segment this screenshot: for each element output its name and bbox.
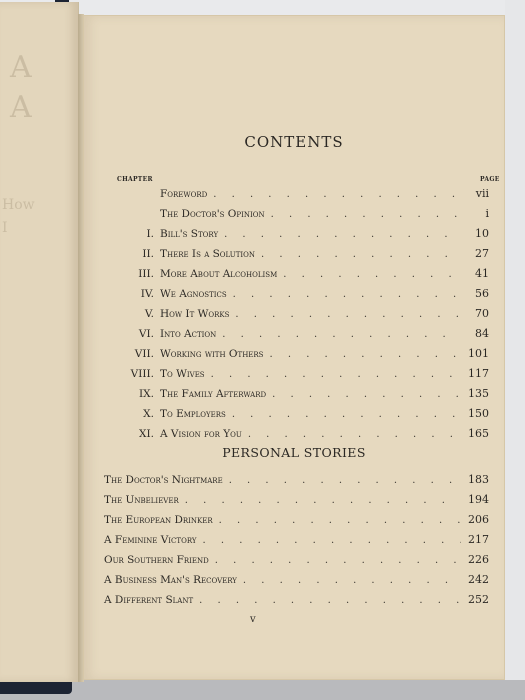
chapter-number: XI.: [84, 428, 154, 440]
page-folio: v: [250, 614, 256, 625]
page-column-label: PAGE: [480, 176, 500, 183]
chapter-title: To Employers: [160, 408, 226, 420]
story-title: Our Southern Friend: [104, 554, 209, 566]
toc-entry-chapter-3: III. More About Alcoholism 41: [84, 267, 489, 283]
chapter-title: More About Alcoholism: [160, 268, 277, 280]
page-number: i: [467, 207, 489, 220]
page-number: 150: [467, 407, 489, 420]
toc-entry-chapter-10: X. To Employers 150: [84, 407, 489, 423]
chapter-number: IV.: [84, 288, 154, 300]
leader-dots: [269, 349, 461, 360]
page-number: 101: [467, 347, 489, 360]
personal-stories-title: PERSONAL STORIES: [84, 445, 504, 460]
leader-dots: [211, 369, 461, 380]
leader-dots: [283, 269, 461, 280]
page-number: 217: [467, 533, 489, 546]
leader-dots: [261, 249, 461, 260]
leader-dots: [222, 329, 461, 340]
page-number: 41: [467, 267, 489, 280]
leader-dots: [229, 475, 461, 486]
leader-dots: [272, 389, 461, 400]
story-title: A Different Slant: [104, 594, 193, 606]
toc-entry-doctors-opinion: The Doctor's Opinion i: [84, 207, 489, 223]
toc-entry-chapter-7: VII. Working with Others 101: [84, 347, 489, 363]
leader-dots: [185, 495, 461, 506]
background-surface: [0, 680, 525, 700]
contents-page: CONTENTS CHAPTER PAGE Foreword vii The D…: [83, 15, 505, 680]
page-number: 117: [467, 367, 489, 380]
story-entry: Our Southern Friend 226: [104, 553, 489, 569]
page-number: 135: [467, 387, 489, 400]
story-entry: The Unbeliever 194: [104, 493, 489, 509]
page-number: 226: [467, 553, 489, 566]
page-number: 70: [467, 307, 489, 320]
page-number: 183: [467, 473, 489, 486]
story-title: A Feminine Victory: [104, 534, 197, 546]
page-number: 27: [467, 247, 489, 260]
chapter-number: II.: [84, 248, 154, 260]
chapter-number: V.: [84, 308, 154, 320]
page-number: 165: [467, 427, 489, 440]
story-entry: A Different Slant 252: [104, 593, 489, 609]
chapter-title: Into Action: [160, 328, 216, 340]
page-number: 84: [467, 327, 489, 340]
leader-dots: [224, 229, 461, 240]
chapter-title: To Wives: [160, 368, 205, 380]
chapter-number: X.: [84, 408, 154, 420]
leader-dots: [219, 515, 461, 526]
chapter-title: Foreword: [160, 188, 207, 200]
chapter-number: VII.: [84, 348, 154, 360]
page-number: 206: [467, 513, 489, 526]
chapter-title: There Is a Solution: [160, 248, 255, 260]
chapter-title: Bill's Story: [160, 228, 218, 240]
bleed-through-text: How: [2, 197, 35, 213]
leader-dots: [235, 309, 461, 320]
page-number: 252: [467, 593, 489, 606]
bleed-through-text: A: [10, 90, 32, 125]
story-entry: A Business Man's Recovery 242: [104, 573, 489, 589]
leader-dots: [232, 409, 461, 420]
chapter-number: I.: [84, 228, 154, 240]
chapter-title: How It Works: [160, 308, 229, 320]
chapter-title: Working with Others: [160, 348, 263, 360]
chapter-title: The Doctor's Opinion: [160, 208, 265, 220]
leader-dots: [243, 575, 461, 586]
toc-entry-chapter-6: VI. Into Action 84: [84, 327, 489, 343]
story-title: A Business Man's Recovery: [104, 574, 237, 586]
toc-entry-chapter-2: II. There Is a Solution 27: [84, 247, 489, 263]
story-title: The Unbeliever: [104, 494, 179, 506]
toc-entry-chapter-11: XI. A Vision for You 165: [84, 427, 489, 443]
story-entry: The Doctor's Nightmare 183: [104, 473, 489, 489]
leader-dots: [271, 209, 461, 220]
story-title: The European Drinker: [104, 514, 213, 526]
chapter-number: VI.: [84, 328, 154, 340]
left-page: A A How I: [0, 2, 79, 682]
page-number: 242: [467, 573, 489, 586]
book-cover-edge: [0, 682, 72, 694]
chapter-title: The Family Afterward: [160, 388, 266, 400]
toc-entry-chapter-1: I. Bill's Story 10: [84, 227, 489, 243]
page-number: vii: [467, 187, 489, 200]
toc-entry-chapter-4: IV. We Agnostics 56: [84, 287, 489, 303]
leader-dots: [233, 289, 461, 300]
story-entry: The European Drinker 206: [104, 513, 489, 529]
toc-entry-chapter-5: V. How It Works 70: [84, 307, 489, 323]
contents-title: CONTENTS: [84, 133, 504, 151]
background-right: [505, 0, 525, 700]
toc-entry-foreword: Foreword vii: [84, 187, 489, 203]
page-number: 56: [467, 287, 489, 300]
leader-dots: [213, 189, 461, 200]
chapter-title: A Vision for You: [160, 428, 242, 440]
chapter-number: IX.: [84, 388, 154, 400]
page-number: 10: [467, 227, 489, 240]
chapter-number: VIII.: [84, 368, 154, 380]
story-entry: A Feminine Victory 217: [104, 533, 489, 549]
bleed-through-text: I: [2, 220, 8, 236]
leader-dots: [199, 595, 461, 606]
toc-entry-chapter-8: VIII. To Wives 117: [84, 367, 489, 383]
leader-dots: [215, 555, 461, 566]
toc-entry-chapter-9: IX. The Family Afterward 135: [84, 387, 489, 403]
chapter-column-label: CHAPTER: [117, 176, 153, 183]
chapter-number: III.: [84, 268, 154, 280]
story-title: The Doctor's Nightmare: [104, 474, 223, 486]
leader-dots: [248, 429, 461, 440]
page-number: 194: [467, 493, 489, 506]
chapter-title: We Agnostics: [160, 288, 227, 300]
leader-dots: [203, 535, 462, 546]
bleed-through-text: A: [10, 50, 32, 85]
